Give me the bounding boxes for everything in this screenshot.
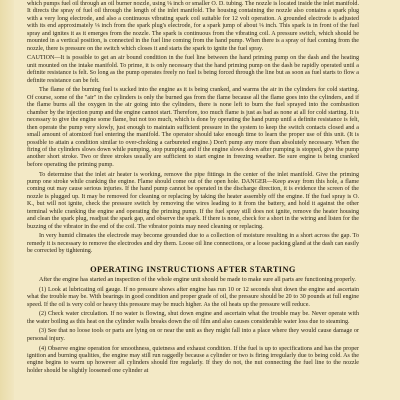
step-4: (4) Observe engine operation for smoothn… xyxy=(27,346,359,376)
document-page: which pumps fuel oil through an oil burn… xyxy=(27,1,359,378)
paragraph-humid-climates: In very humid climates the electrode may… xyxy=(27,233,359,255)
paragraph-heater-test: To determine that the inlet air heater i… xyxy=(27,172,359,232)
step-2: (2) Check water circulation. If no water… xyxy=(27,311,359,326)
paragraph-nozzle-description: which pumps fuel oil through an oil burn… xyxy=(27,1,359,53)
step-3: (3) See that no loose tools or parts are… xyxy=(27,328,359,343)
section-heading: OPERATING INSTRUCTIONS AFTER STARTING xyxy=(27,266,359,273)
paragraph-caution: CAUTION—It is possible to get an air bou… xyxy=(27,55,359,85)
paragraph-flame: The flame of the burning fuel is sucked … xyxy=(27,87,359,169)
step-1: (1) Look at lubricating oil gauge. If no… xyxy=(27,287,359,309)
page-edge-shadow xyxy=(0,0,14,400)
section-intro: After the engine has started an inspecti… xyxy=(27,277,359,284)
